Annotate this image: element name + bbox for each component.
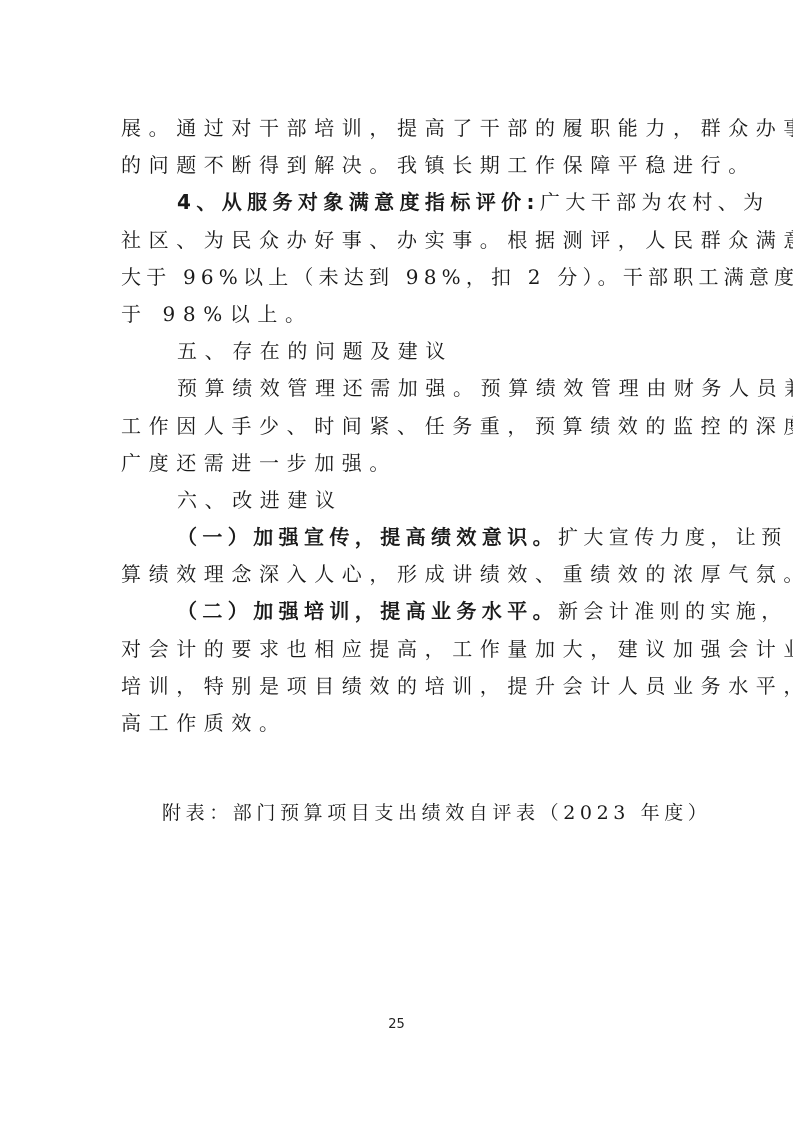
item-heading-training: （二）加强培训，提高业务水平。: [177, 599, 558, 623]
paragraph-line: 高工作质效。: [121, 705, 677, 742]
paragraph-line: 算绩效理念深入人心，形成讲绩效、重绩效的浓厚气氛。: [121, 556, 677, 593]
paragraph-text: 新会计准则的实施，: [558, 599, 787, 623]
section-heading-improvements: 六、改进建议: [121, 482, 677, 519]
paragraph-line: 预算绩效管理还需加强。预算绩效管理由财务人员兼任，: [121, 370, 677, 407]
paragraph-line: 广度还需进一步加强。: [121, 445, 677, 482]
paragraph-line: 的问题不断得到解决。我镇长期工作保障平稳进行。: [121, 147, 677, 184]
item-heading-satisfaction: 4、从服务对象满意度指标评价:: [177, 190, 540, 214]
paragraph-lead-line: 4、从服务对象满意度指标评价:广大干部为农村、为: [121, 184, 677, 221]
paragraph-line: 大于 96%以上（未达到 98%，扣 2 分）。干部职工满意度大: [121, 259, 677, 296]
document-page: 展。通过对干部培训，提高了干部的履职能力，群众办事难 的问题不断得到解决。我镇长…: [0, 0, 793, 1122]
paragraph-line: 工作因人手少、时间紧、任务重，预算绩效的监控的深度和: [121, 408, 677, 445]
section-heading-problems: 五、存在的问题及建议: [121, 333, 677, 370]
paragraph-text: 扩大宣传力度，让预: [558, 525, 787, 549]
paragraph-line: 对会计的要求也相应提高，工作量加大，建议加强会计业务: [121, 631, 677, 668]
paragraph-line: 于 98%以上。: [121, 296, 677, 333]
item-heading-publicity: （一）加强宣传，提高绩效意识。: [177, 525, 558, 549]
paragraph-lead-line: （二）加强培训，提高业务水平。新会计准则的实施，: [121, 593, 677, 630]
page-number: 25: [0, 1017, 793, 1032]
paragraph-line: 展。通过对干部培训，提高了干部的履职能力，群众办事难: [121, 110, 677, 147]
paragraph-line: 社区、为民众办好事、办实事。根据测评，人民群众满意度: [121, 222, 677, 259]
paragraph-text: 广大干部为农村、为: [540, 190, 769, 214]
body-text: 展。通过对干部培训，提高了干部的履职能力，群众办事难 的问题不断得到解决。我镇长…: [121, 110, 677, 742]
paragraph-lead-line: （一）加强宣传，提高绩效意识。扩大宣传力度，让预: [121, 519, 677, 556]
attachment-note: 附表：部门预算项目支出绩效自评表（2023 年度）: [162, 795, 711, 832]
paragraph-line: 培训，特别是项目绩效的培训，提升会计人员业务水平，提: [121, 668, 677, 705]
